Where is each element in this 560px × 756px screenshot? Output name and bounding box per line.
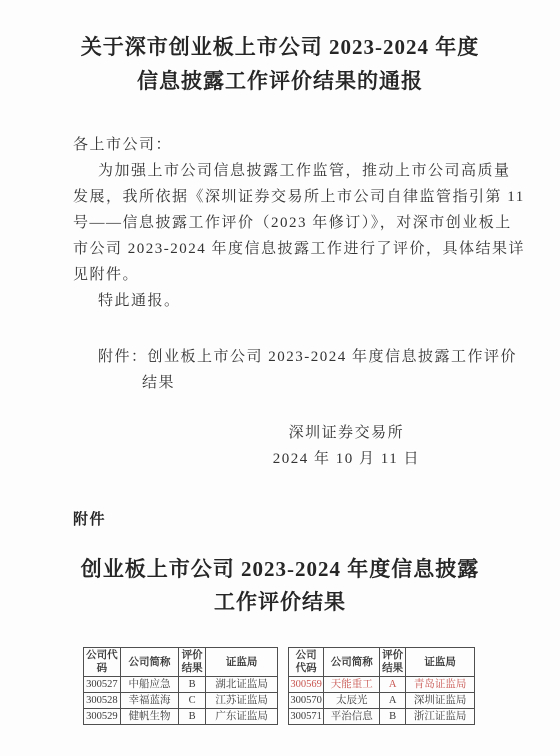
notice-title: 关于深市创业板上市公司 2023-2024 年度 信息披露工作评价结果的通报 xyxy=(0,0,560,98)
attachment-note: 附件：创业板上市公司 2023-2024 年度信息披露工作评价 xyxy=(73,344,470,370)
cell-name: 幸福蓝海 xyxy=(120,693,178,709)
salutation: 各上市公司： xyxy=(73,132,470,158)
body-line: 市公司 2023-2024 年度信息披露工作进行了评价，具体结果详 xyxy=(73,236,470,262)
cell-name: 健帆生物 xyxy=(120,709,178,725)
document-page: 关于深市创业板上市公司 2023-2024 年度 信息披露工作评价结果的通报 各… xyxy=(0,0,560,756)
table-header-row: 公司代码 公司简称 评价结果 证监局 xyxy=(84,648,278,677)
cell-rating: C xyxy=(179,693,206,709)
body-line: 发展，我所依据《深圳证券交易所上市公司自律监管指引第 11 xyxy=(73,184,470,210)
issue-date: 2024 年 10 月 11 日 xyxy=(273,446,420,472)
cell-name: 太辰光 xyxy=(324,693,380,709)
table-row: 300527 中船应急 B 湖北证监局 xyxy=(84,677,278,693)
col-header-code: 公司代码 xyxy=(84,648,121,677)
attachment-title: 创业板上市公司 2023-2024 年度信息披露 工作评价结果 xyxy=(0,553,560,619)
closing-line: 特此通报。 xyxy=(73,288,470,314)
cell-rating: B xyxy=(179,677,206,693)
table-row: 300528 幸福蓝海 C 江苏证监局 xyxy=(84,693,278,709)
table-header-row: 公司代码 公司简称 评价结果 证监局 xyxy=(289,648,475,677)
cell-code: 300529 xyxy=(84,709,121,725)
cell-bureau: 广东证监局 xyxy=(206,709,278,725)
cell-bureau: 江苏证监局 xyxy=(206,693,278,709)
results-table-right: 公司代码 公司简称 评价结果 证监局 300569 天能重工 A 青岛证监局 3… xyxy=(288,647,475,725)
cell-name: 天能重工 xyxy=(324,677,380,693)
cell-bureau: 深圳证监局 xyxy=(406,693,475,709)
signature-block: 深圳证券交易所 2024 年 10 月 11 日 xyxy=(273,420,420,472)
cell-code: 300528 xyxy=(84,693,121,709)
col-header-code: 公司代码 xyxy=(289,648,324,677)
attachment-title-line: 创业板上市公司 2023-2024 年度信息披露 xyxy=(0,553,560,586)
cell-rating: B xyxy=(380,709,406,725)
col-header-name: 公司简称 xyxy=(120,648,178,677)
col-header-bureau: 证监局 xyxy=(206,648,278,677)
issuer-name: 深圳证券交易所 xyxy=(273,420,420,446)
cell-code: 300570 xyxy=(289,693,324,709)
attachment-label: 附件 xyxy=(73,507,470,533)
body-line: 见附件。 xyxy=(73,262,470,288)
cell-code: 300569 xyxy=(289,677,324,693)
cell-rating: A xyxy=(380,677,406,693)
cell-name: 中船应急 xyxy=(120,677,178,693)
notice-body: 各上市公司： 为加强上市公司信息披露工作监管，推动上市公司高质量 发展，我所依据… xyxy=(0,132,560,533)
body-line: 号——信息披露工作评价（2023 年修订）》，对深市创业板上 xyxy=(73,210,470,236)
notice-title-line: 关于深市创业板上市公司 2023-2024 年度 xyxy=(0,30,560,64)
attachment-note-continuation: 结果 xyxy=(73,370,470,396)
cell-rating: A xyxy=(380,693,406,709)
cell-bureau: 青岛证监局 xyxy=(406,677,475,693)
table-row: 300570 太辰光 A 深圳证监局 xyxy=(289,693,475,709)
cell-rating: B xyxy=(179,709,206,725)
col-header-rating: 评价结果 xyxy=(380,648,406,677)
col-header-name: 公司简称 xyxy=(324,648,380,677)
attachment-title-line: 工作评价结果 xyxy=(0,586,560,619)
table-row: 300569 天能重工 A 青岛证监局 xyxy=(289,677,475,693)
col-header-bureau: 证监局 xyxy=(406,648,475,677)
cell-code: 300571 xyxy=(289,709,324,725)
cell-bureau: 浙江证监局 xyxy=(406,709,475,725)
cell-name: 平治信息 xyxy=(324,709,380,725)
cell-code: 300527 xyxy=(84,677,121,693)
body-line: 为加强上市公司信息披露工作监管，推动上市公司高质量 xyxy=(73,158,470,184)
col-header-rating: 评价结果 xyxy=(179,648,206,677)
results-tables: 公司代码 公司简称 评价结果 证监局 300527 中船应急 B 湖北证监局 3… xyxy=(83,647,560,725)
table-row: 300529 健帆生物 B 广东证监局 xyxy=(84,709,278,725)
notice-title-line: 信息披露工作评价结果的通报 xyxy=(0,64,560,98)
table-row: 300571 平治信息 B 浙江证监局 xyxy=(289,709,475,725)
results-table-left: 公司代码 公司简称 评价结果 证监局 300527 中船应急 B 湖北证监局 3… xyxy=(83,647,278,725)
cell-bureau: 湖北证监局 xyxy=(206,677,278,693)
